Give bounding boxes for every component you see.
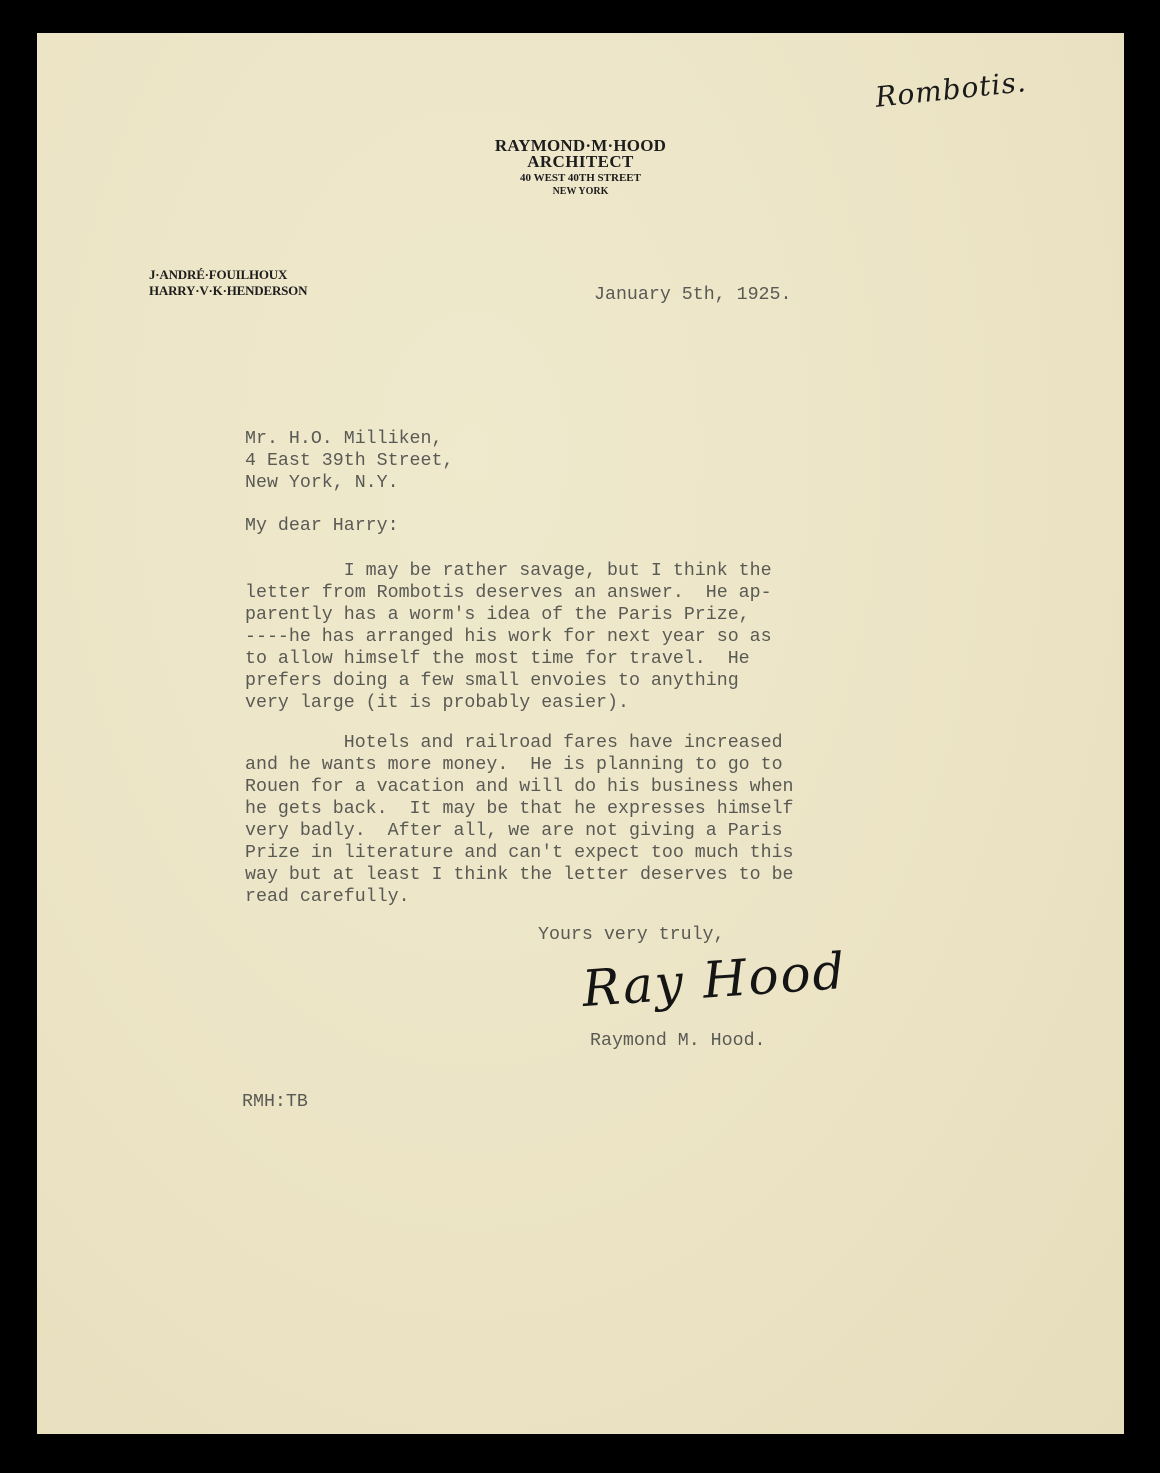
letterhead: RAYMOND·M·HOOD ARCHITECT 40 WEST 40TH ST… xyxy=(37,137,1124,199)
partner-name: HARRY·V·K·HENDERSON xyxy=(149,283,307,299)
body-line: letter from Rombotis deserves an answer.… xyxy=(245,582,772,604)
body-line: read carefully. xyxy=(245,886,794,908)
body-line: very badly. After all, we are not giving… xyxy=(245,820,794,842)
reference-initials: RMH:TB xyxy=(242,1091,308,1113)
body-line: to allow himself the most time for trave… xyxy=(245,648,772,670)
partners-list: J·ANDRÉ·FOUILHOUX HARRY·V·K·HENDERSON xyxy=(149,267,307,299)
body-line: way but at least I think the letter dese… xyxy=(245,864,794,886)
letter-date: January 5th, 1925. xyxy=(594,284,791,306)
letterhead-city: NEW YORK xyxy=(37,185,1124,199)
body-paragraph-1: I may be rather savage, but I think thel… xyxy=(245,560,772,714)
handwritten-note: Rombotis. xyxy=(874,65,1028,114)
body-line: Rouen for a vacation and will do his bus… xyxy=(245,776,794,798)
letterhead-street: 40 WEST 40TH STREET xyxy=(37,171,1124,185)
body-line: prefers doing a few small envoies to any… xyxy=(245,670,772,692)
body-line: I may be rather savage, but I think the xyxy=(245,560,772,582)
body-line: very large (it is probably easier). xyxy=(245,692,772,714)
body-line: he gets back. It may be that he expresse… xyxy=(245,798,794,820)
recipient-address: Mr. H.O. Milliken,4 East 39th Street,New… xyxy=(245,428,453,494)
address-line: 4 East 39th Street, xyxy=(245,450,453,472)
body-line: and he wants more money. He is planning … xyxy=(245,754,794,776)
body-line: ----he has arranged his work for next ye… xyxy=(245,626,772,648)
signature: Ray Hood xyxy=(580,942,848,1018)
typed-signature-name: Raymond M. Hood. xyxy=(590,1030,766,1052)
body-paragraph-2: Hotels and railroad fares have increased… xyxy=(245,732,794,908)
address-line: Mr. H.O. Milliken, xyxy=(245,428,453,450)
salutation: My dear Harry: xyxy=(245,515,399,537)
address-line: New York, N.Y. xyxy=(245,472,453,494)
body-line: parently has a worm's idea of the Paris … xyxy=(245,604,772,626)
closing: Yours very truly, xyxy=(538,924,725,946)
letter-page: Rombotis. RAYMOND·M·HOOD ARCHITECT 40 WE… xyxy=(37,33,1124,1434)
letterhead-title: ARCHITECT xyxy=(37,154,1124,170)
partner-name: J·ANDRÉ·FOUILHOUX xyxy=(149,267,307,283)
body-line: Hotels and railroad fares have increased xyxy=(245,732,794,754)
body-line: Prize in literature and can't expect too… xyxy=(245,842,794,864)
